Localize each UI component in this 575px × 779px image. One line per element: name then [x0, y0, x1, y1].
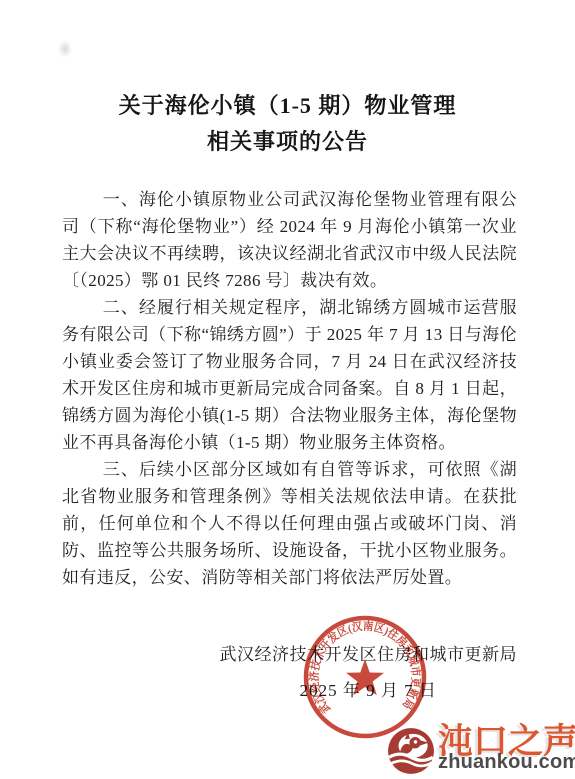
paragraph-1: 一、海伦小镇原物业公司武汉海伦堡物业管理有限公司（下称“海伦堡物业”）经 202… — [62, 186, 517, 294]
site-watermark: 沌口之声 zhuankou.com — [386, 724, 575, 776]
official-seal: 武汉经济技术开发区(汉南区)住房和城市更新局 — [300, 612, 430, 742]
watermark-text: 沌口之声 zhuankou.com — [438, 724, 575, 774]
paper-smudge — [58, 40, 72, 58]
page-title: 关于海伦小镇（1-5 期）物业管理 相关事项的公告 — [0, 0, 575, 160]
seal-star-icon — [346, 659, 384, 695]
announcement-body: 一、海伦小镇原物业公司武汉海伦堡物业管理有限公司（下称“海伦堡物业”）经 202… — [0, 160, 575, 591]
title-line-1: 关于海伦小镇（1-5 期）物业管理 — [0, 88, 575, 124]
paragraph-2: 二、经履行相关规定程序，湖北锦绣方圆城市运营服务有限公司（下称“锦绣方圆”）于 … — [62, 294, 517, 456]
paragraph-3: 三、后续小区部分区域如有自管等诉求，可依照《湖北省物业服务和管理条例》等相关法规… — [62, 456, 517, 591]
watermark-bird-logo-icon — [386, 726, 436, 776]
announcement-page: 关于海伦小镇（1-5 期）物业管理 相关事项的公告 一、海伦小镇原物业公司武汉海… — [0, 0, 575, 779]
title-line-2: 相关事项的公告 — [0, 124, 575, 160]
watermark-domain: zhuankou.com — [438, 751, 575, 774]
